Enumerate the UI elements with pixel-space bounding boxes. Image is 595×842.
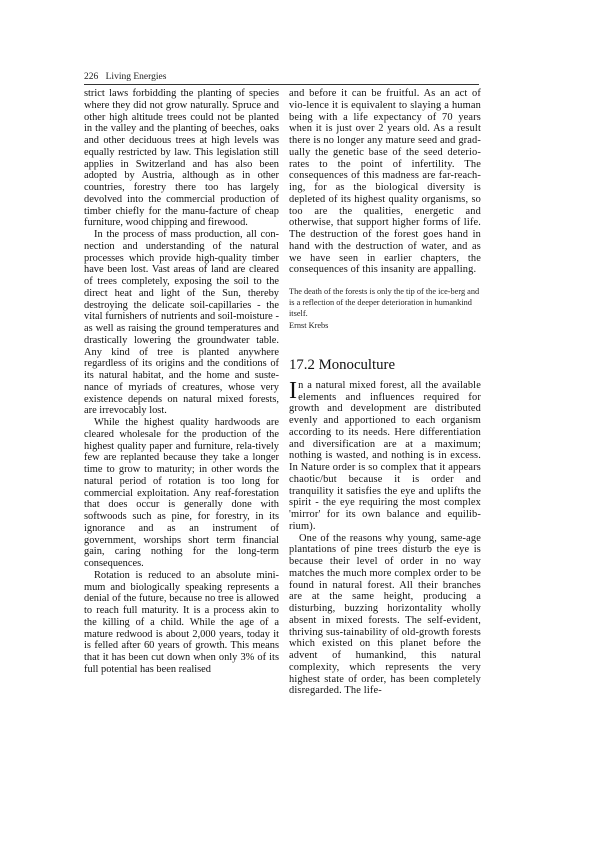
page-number: 226 <box>84 72 98 82</box>
epigraph-quote: The death of the forests is only the tip… <box>289 286 481 320</box>
paragraph: One of the reasons why young, same-age p… <box>289 533 481 698</box>
epigraph-author: Ernst Krebs <box>289 320 481 331</box>
paragraph-text: n a natural mixed forest, all the availa… <box>289 380 481 532</box>
right-column: and before it can be fruitful. As an act… <box>289 88 481 697</box>
drop-cap: I <box>289 382 297 401</box>
book-page: 226 Living Energies strict laws forbiddi… <box>0 0 595 842</box>
paragraph: In a natural mixed forest, all the avail… <box>289 380 481 533</box>
running-header: 226 Living Energies <box>84 71 479 84</box>
running-title: Living Energies <box>106 72 167 82</box>
paragraph: Rotation is reduced to an absolute mini-… <box>84 570 279 676</box>
paragraph: strict laws forbidding the planting of s… <box>84 88 279 229</box>
paragraph: and before it can be fruitful. As an act… <box>289 88 481 276</box>
section-heading: 17.2 Monoculture <box>289 356 481 374</box>
left-column: strict laws forbidding the planting of s… <box>84 88 279 676</box>
paragraph: While the highest quality hardwoods are … <box>84 417 279 570</box>
paragraph: In the process of mass production, all c… <box>84 229 279 417</box>
header-rule <box>84 84 479 85</box>
